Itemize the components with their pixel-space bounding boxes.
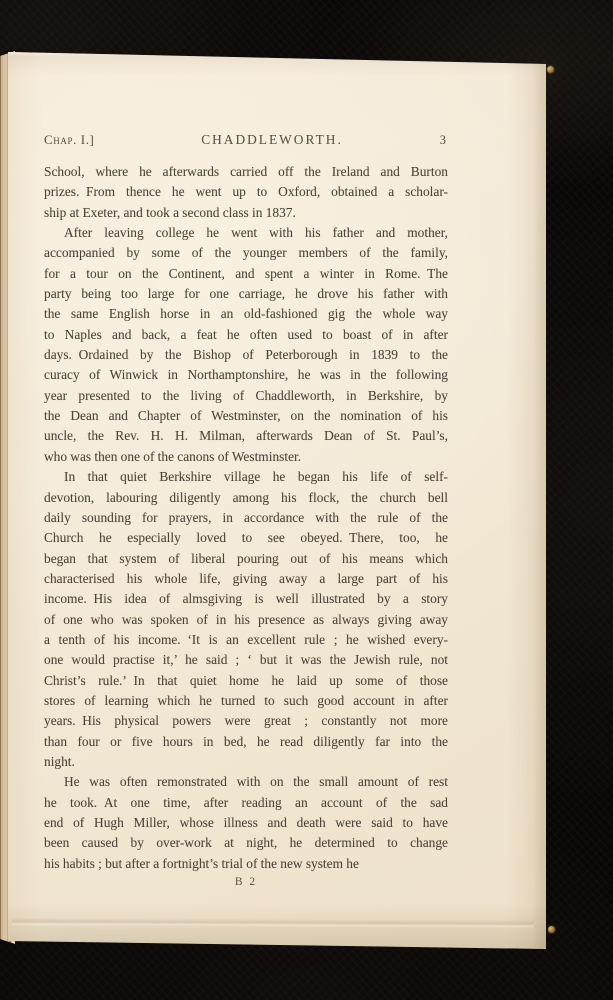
text-line: end of Hugh Miller, whose illness and de… [44, 813, 448, 833]
text-line: income. His idea of almsgiving is well i… [44, 589, 448, 609]
text-line: accompanied by some of the younger membe… [44, 243, 448, 263]
text-line: In that quiet Berkshire village he began… [44, 467, 448, 487]
text-line: Church he especially loved to see obeyed… [44, 528, 448, 548]
text-line: been caused by over-work at night, he de… [44, 833, 448, 853]
chapter-label: Chap. I.] [44, 132, 94, 147]
running-title: CHADDLEWORTH. [201, 132, 343, 148]
text-line: He was often remonstrated with on the sm… [44, 772, 448, 792]
body-text: School, where he afterwards carried off … [44, 162, 448, 874]
text-line: stores of learning which he turned to su… [44, 691, 448, 711]
text-line: the same English horse in an old-fashion… [44, 304, 448, 324]
text-line: one would practise it,’ he said ; ‘ but … [44, 650, 448, 670]
text-line: of one who was spoken of in his presence… [44, 610, 448, 630]
book-cover-edge [544, 56, 569, 946]
signature-mark: B 2 [44, 876, 448, 888]
text-line: his habits ; but after a fortnight’s tri… [44, 854, 448, 874]
text-line: to Naples and back, a feat he often used… [44, 325, 448, 345]
page-number: 3 [440, 133, 446, 148]
page-content: Chap. I.] CHADDLEWORTH. 3 School, where … [44, 132, 448, 888]
text-line: the Dean and Chapter of Westminster, on … [44, 406, 448, 426]
text-line: After leaving college he went with his f… [44, 223, 448, 243]
cover-gilt-dot-top-icon [547, 66, 554, 73]
page-header: Chap. I.] CHADDLEWORTH. 3 [44, 132, 448, 149]
text-line: daily sounding for prayers, in accordanc… [44, 508, 448, 528]
text-line: prizes. From thence he went up to Oxford… [44, 182, 448, 202]
text-line: ship at Exeter, and took a second class … [44, 203, 448, 223]
text-line: a tenth of his income. ‘It is an excelle… [44, 630, 448, 650]
text-line: years. His physical powers were great ; … [44, 711, 448, 731]
text-line: uncle, the Rev. H. H. Milman, afterwards… [44, 426, 448, 446]
text-line: who was then one of the canons of Westmi… [44, 447, 448, 467]
text-line: than four or five hours in bed, he read … [44, 732, 448, 752]
text-line: devotion, labouring diligently among his… [44, 488, 448, 508]
text-line: year presented to the living of Chaddlew… [44, 386, 448, 406]
text-line: days. Ordained by the Bishop of Peterbor… [44, 345, 448, 365]
text-line: he took. At one time, after reading an a… [44, 793, 448, 813]
cover-gilt-dot-bottom-icon [548, 926, 555, 933]
text-line: for a tour on the Continent, and spent a… [44, 264, 448, 284]
text-line: began that system of liberal pouring out… [44, 549, 448, 569]
text-line: curacy of Winwick in Northamptonshire, h… [44, 365, 448, 385]
text-line: characterised his whole life, giving awa… [44, 569, 448, 589]
book-photograph: Chap. I.] CHADDLEWORTH. 3 School, where … [0, 0, 613, 1000]
text-line: School, where he afterwards carried off … [44, 162, 448, 182]
text-line: party being too large for one carriage, … [44, 284, 448, 304]
text-line: night. [44, 752, 448, 772]
text-line: Christ’s rule.’ In that quiet home he la… [44, 671, 448, 691]
